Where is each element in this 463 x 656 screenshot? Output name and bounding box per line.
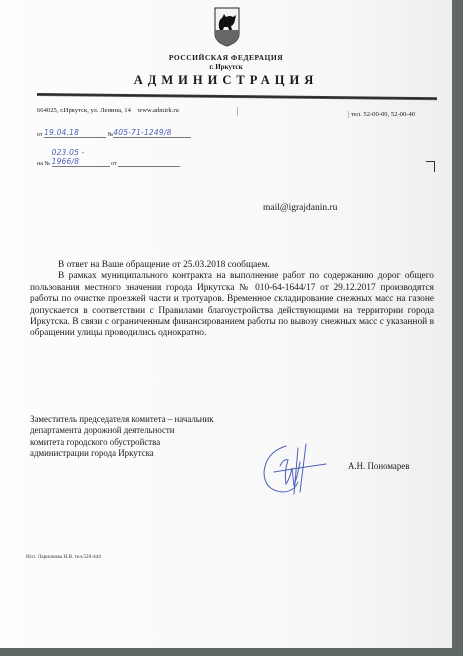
country-name: РОССИЙСКАЯ ФЕДЕРАЦИЯ bbox=[0, 53, 452, 62]
reply-number-label: на № bbox=[37, 161, 50, 167]
outgoing-date: 19.04.18 bbox=[44, 128, 79, 137]
reply-number: 023.05 - 1966/8 bbox=[52, 148, 85, 166]
signatory-title-line-2: департамента дорожной деятельности bbox=[30, 425, 214, 436]
body-paragraph-2: В рамках муниципального контракта на вып… bbox=[30, 271, 434, 339]
reply-registration: на № 023.05 - 1966/8 от bbox=[37, 148, 180, 167]
address-separator bbox=[237, 107, 238, 116]
signatory-title-line-4: администрации города Иркутска bbox=[30, 448, 214, 459]
signatory-name: А.Н. Пономарев bbox=[348, 461, 409, 471]
website: www.admirk.ru bbox=[138, 107, 179, 114]
postal-address: 664025, г.Иркутск, ул. Ленина, 14 bbox=[37, 107, 131, 114]
signatory-title-line-1: Заместитель председателя комитета – нача… bbox=[30, 414, 214, 425]
date-label: от bbox=[37, 132, 43, 138]
signatory-title: Заместитель председателя комитета – нача… bbox=[30, 414, 214, 459]
address-line: 664025, г.Иркутск, ул. Ленина, 14 www.ad… bbox=[37, 107, 179, 114]
executor-info: Исп. Ларионова Н.В. тел.520-444 bbox=[26, 554, 101, 560]
organization-title: АДМИНИСТРАЦИЯ bbox=[0, 73, 452, 88]
address-block-corner-mark bbox=[426, 161, 435, 172]
body-paragraph-1: В ответ на Ваше обращение от 25.03.2018 … bbox=[30, 260, 434, 271]
signatory-title-line-3: комитета городского обустройства bbox=[30, 437, 214, 448]
recipient-email: mail@igrajdanin.ru bbox=[263, 203, 337, 213]
reply-date-label: от bbox=[111, 161, 117, 167]
coat-of-arms-icon bbox=[213, 6, 241, 48]
handwritten-signature-icon bbox=[258, 438, 328, 498]
header-divider bbox=[37, 93, 437, 100]
outgoing-registration: от 19.04.18 №405-71-1249/8 bbox=[37, 128, 191, 138]
phone-numbers: тел. 52-00-00, 52-00-40 bbox=[348, 111, 415, 118]
outgoing-number: 405-71-1249/8 bbox=[113, 128, 171, 137]
letter-page: РОССИЙСКАЯ ФЕДЕРАЦИЯ г. Иркутск АДМИНИСТ… bbox=[0, 0, 452, 648]
city-name: г. Иркутск bbox=[0, 63, 452, 71]
letter-body: В ответ на Ваше обращение от 25.03.2018 … bbox=[30, 260, 434, 340]
